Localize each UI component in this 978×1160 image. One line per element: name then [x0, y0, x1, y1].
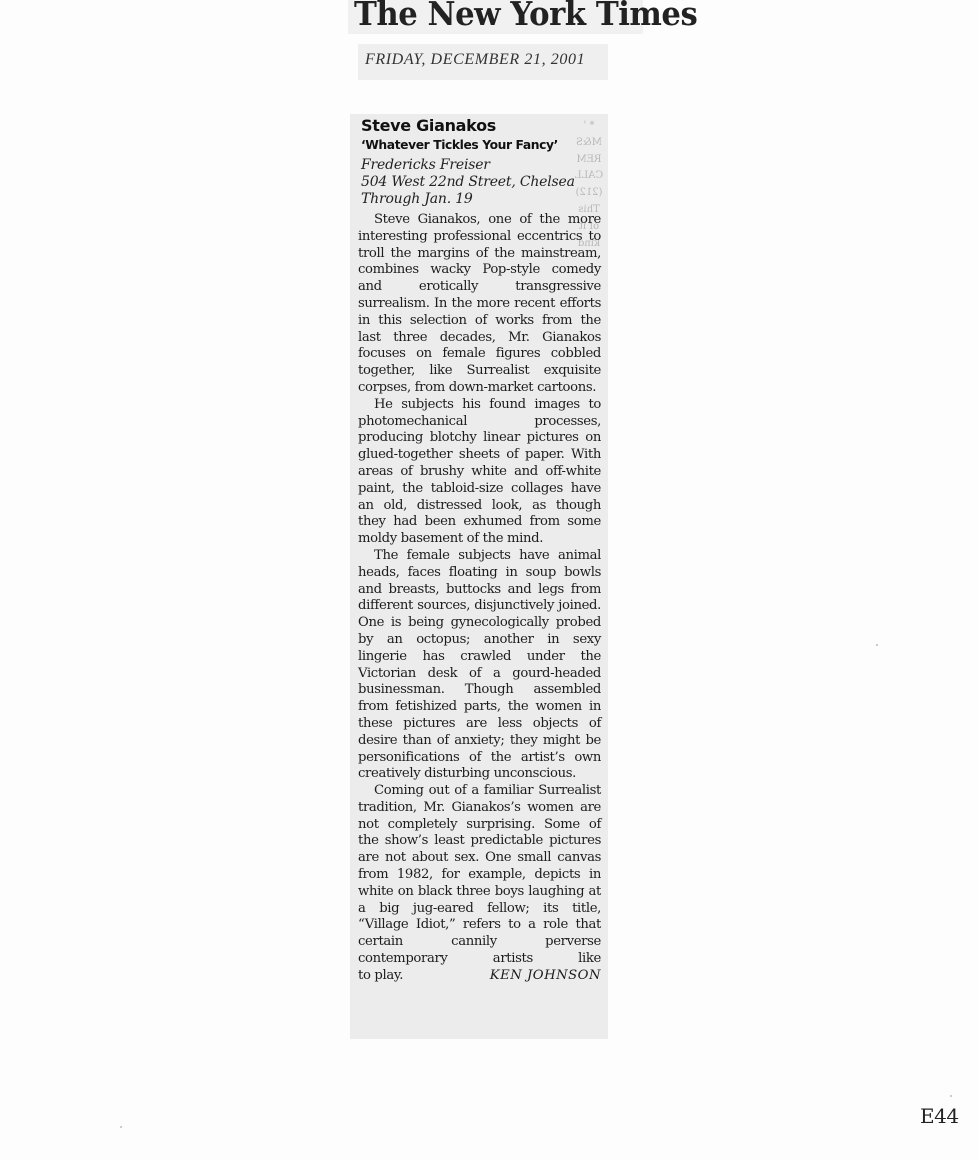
scan-speck	[876, 644, 878, 646]
paragraph: The female subjects have animal heads, f…	[358, 548, 601, 783]
gallery-address: 504 West 22nd Street, Chelsea	[361, 174, 601, 191]
scan-speck	[950, 1095, 952, 1097]
closing-line: to play. KEN JOHNSON	[358, 968, 601, 985]
newspaper-masthead: The New York Times	[354, 0, 697, 33]
venue-info: Fredericks Freiser 504 West 22nd Street,…	[361, 157, 601, 208]
scan-speck	[120, 1126, 122, 1128]
artist-name: Steve Gianakos	[361, 116, 601, 136]
article-body: Steve Gianakos, one of the more interest…	[358, 212, 601, 985]
publication-date: FRIDAY, DECEMBER 21, 2001	[365, 51, 585, 69]
gallery-name: Fredericks Freiser	[361, 157, 601, 174]
exhibition-dates: Through Jan. 19	[361, 191, 601, 208]
paragraph-final: Coming out of a familiar Surrealist trad…	[358, 783, 601, 968]
review-article: Steve Gianakos ‘Whatever Tickles Your Fa…	[358, 116, 601, 985]
author-byline: KEN JOHNSON	[490, 968, 601, 985]
paragraph: He subjects his found images to photomec…	[358, 397, 601, 548]
page-number: E44	[920, 1104, 959, 1128]
closing-text: to play.	[358, 968, 403, 985]
exhibition-title: ‘Whatever Tickles Your Fancy’	[361, 136, 601, 154]
paragraph: Steve Gianakos, one of the more interest…	[358, 212, 601, 397]
